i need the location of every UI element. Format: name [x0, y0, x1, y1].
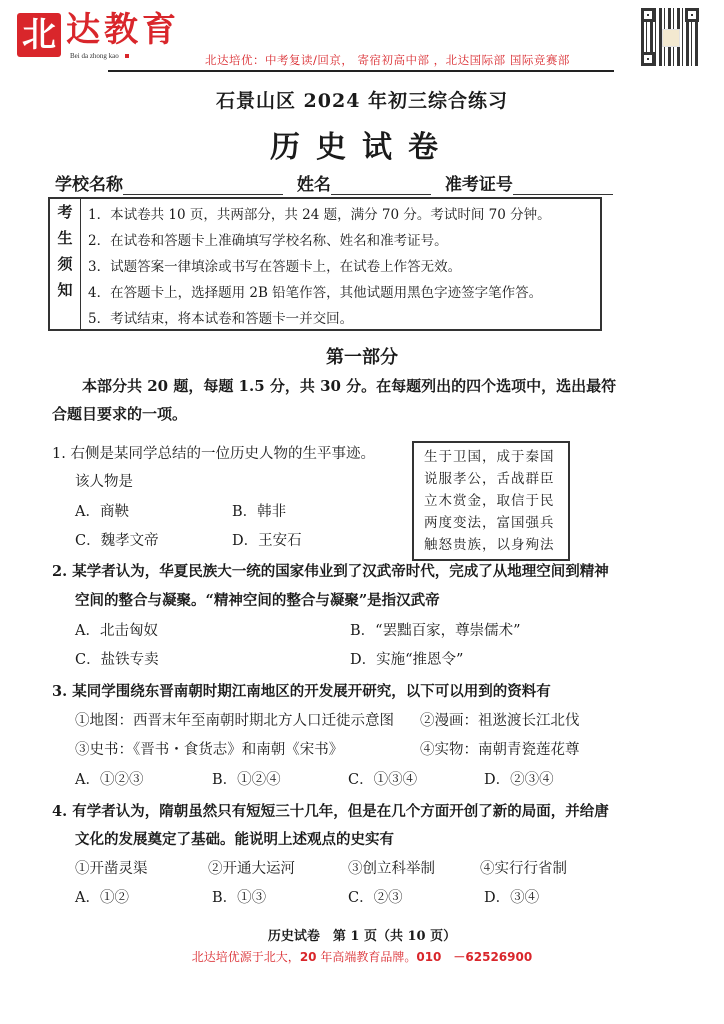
exam-title: 历史试卷 — [0, 122, 724, 166]
question-3-material-2: ②漫画：祖逖渡长江北伐 — [420, 709, 580, 730]
question-1-bio-box: 生于卫国，成于秦国 说服孝公，舌战群臣 立木赏金，取信于民 两度变法，富国强兵 … — [412, 441, 570, 561]
logo-subtitle-text: Bei da zhong kao — [70, 52, 119, 60]
notice-side-char: 须 — [50, 251, 80, 277]
question-4-option-a[interactable]: A．①② — [75, 886, 129, 907]
question-text: 某同学围绕东晋南朝时期江南地区的开发展开研究，以下可以用到的资料有 — [72, 683, 551, 700]
question-1-option-b[interactable]: B．韩非 — [232, 500, 286, 521]
notice-item: 4．在答题卡上，选择题用 2B 铅笔作答，其他试题用黑色字迹签字笔作答。 — [88, 280, 551, 306]
school-field[interactable] — [123, 178, 283, 195]
name-field[interactable] — [331, 178, 431, 195]
question-number: 4. — [52, 803, 67, 820]
bio-line: 生于卫国，成于秦国 — [424, 446, 568, 468]
notice-item: 1．本试卷共 10 页，共两部分，共 24 题，满分 70 分。考试时间 70 … — [88, 202, 551, 228]
qr-finder-icon — [685, 8, 699, 22]
question-4-stem-line2: 文化的发展奠定了基础。能说明上述观点的史实有 — [75, 828, 394, 849]
question-3-option-d[interactable]: D．②③④ — [484, 768, 554, 789]
question-2-option-d[interactable]: D．实施“推恩令” — [350, 648, 463, 669]
footer-advertisement: 北达培优源于北大，20 年高端教育品牌。010 －62526900 — [0, 948, 724, 965]
question-4-material-4: ④实行行省制 — [480, 857, 567, 878]
question-text: 有学者认为，隋朝虽然只有短短三十几年，但是在几个方面开创了新的局面，并给唐 — [72, 803, 609, 820]
logo-mark: 北 — [17, 13, 61, 57]
ad-text: 北达培优源于北大， — [192, 950, 300, 964]
question-4-option-d[interactable]: D．③④ — [484, 886, 539, 907]
question-2-option-a[interactable]: A．北击匈奴 — [75, 619, 158, 640]
notice-side-label: 考 生 须 知 — [50, 199, 81, 329]
ad-phone: 010 －62526900 — [416, 950, 532, 964]
student-info-row: 学校名称 姓名 准考证号 — [55, 170, 613, 195]
question-4-option-c[interactable]: C．②③ — [348, 886, 403, 907]
part-title: 第一部分 — [0, 343, 724, 369]
exam-id-label: 准考证号 — [445, 175, 513, 195]
bio-line: 说服孝公，舌战群臣 — [424, 468, 568, 490]
part-description: 本部分共 20 题，每题 1.5 分，共 30 分。在每题列出的四个选项中，选出… — [52, 372, 622, 428]
page-number: 历史试卷 第 1 页（共 10 页） — [0, 925, 724, 944]
exam-notice-box: 考 生 须 知 1．本试卷共 10 页，共两部分，共 24 题，满分 70 分。… — [48, 197, 602, 331]
notice-side-char: 知 — [50, 277, 80, 303]
question-1-option-a[interactable]: A．商鞅 — [75, 500, 129, 521]
question-text: 右侧是某同学总结的一位历史人物的生平事迹。 — [70, 446, 375, 462]
question-number: 3. — [52, 683, 67, 700]
qr-finder-icon — [641, 52, 655, 66]
qr-logo-icon — [662, 29, 680, 47]
school-label: 学校名称 — [55, 175, 123, 195]
bio-line: 触怒贵族，以身殉法 — [424, 534, 568, 556]
question-1-option-d[interactable]: D．王安石 — [232, 529, 302, 550]
question-3-option-b[interactable]: B．①②④ — [212, 768, 281, 789]
question-2-stem-line2: 空间的整合与凝聚。“精神空间的整合与凝聚”是指汉武帝 — [75, 589, 440, 610]
qr-code-icon — [641, 8, 699, 66]
question-4-option-b[interactable]: B．①③ — [212, 886, 266, 907]
question-2-stem: 2. 某学者认为，华夏民族大一统的国家伟业到了汉武帝时代，完成了从地理空间到精神 — [52, 560, 609, 581]
question-4-material-3: ③创立科举制 — [348, 857, 435, 878]
qr-finder-icon — [641, 8, 655, 22]
question-2-option-c[interactable]: C．盐铁专卖 — [75, 648, 159, 669]
question-3-option-a[interactable]: A．①②③ — [75, 768, 143, 789]
question-3-stem: 3. 某同学围绕东晋南朝时期江南地区的开发展开研究，以下可以用到的资料有 — [52, 680, 551, 701]
question-1-stem: 1. 右侧是某同学总结的一位历史人物的生平事迹。 — [52, 442, 375, 463]
exam-subtitle: 石景山区 2024 年初三综合练习 — [0, 86, 724, 113]
exam-id-field[interactable] — [513, 178, 613, 195]
bio-line: 立木赏金，取信于民 — [424, 490, 568, 512]
ad-years: 20 — [300, 950, 317, 964]
name-label: 姓名 — [297, 175, 331, 195]
question-4-material-1: ①开凿灵渠 — [75, 857, 148, 878]
question-text: 某学者认为，华夏民族大一统的国家伟业到了汉武帝时代，完成了从地理空间到精神 — [72, 563, 609, 580]
notice-side-char: 考 — [50, 199, 80, 225]
logo-subtitle: Bei da zhong kao — [70, 52, 129, 60]
question-2-option-b[interactable]: B．“罢黜百家，尊崇儒术” — [350, 619, 520, 640]
question-number: 1. — [52, 446, 66, 462]
question-3-material-3: ③史书：《晋书・食货志》和南朝《宋书》 — [75, 738, 343, 759]
square-icon — [125, 54, 129, 58]
question-3-material-1: ①地图：西晋末年至南朝时期北方人口迁徙示意图 — [75, 709, 394, 730]
question-3-option-c[interactable]: C．①③④ — [348, 768, 417, 789]
notice-side-char: 生 — [50, 225, 80, 251]
question-4-material-2: ②开通大运河 — [208, 857, 295, 878]
notice-item: 5．考试结束，将本试卷和答题卡一并交回。 — [88, 306, 551, 332]
question-4-stem: 4. 有学者认为，隋朝虽然只有短短三十几年，但是在几个方面开创了新的局面，并给唐 — [52, 800, 609, 821]
ad-text: 年高端教育品牌。 — [317, 950, 417, 964]
question-1-option-c[interactable]: C．魏孝文帝 — [75, 529, 159, 550]
question-number: 2. — [52, 563, 67, 580]
bio-line: 两度变法，富国强兵 — [424, 512, 568, 534]
question-3-material-4: ④实物：南朝青瓷莲花尊 — [420, 738, 580, 759]
header-divider — [108, 70, 614, 72]
notice-item: 2．在试卷和答题卡上准确填写学校名称、姓名和准考证号。 — [88, 228, 551, 254]
header-slogan: 北达培优：中考复读/回京， 寄宿初高中部 ，北达国际部 国际竞赛部 — [205, 52, 570, 68]
notice-list: 1．本试卷共 10 页，共两部分，共 24 题，满分 70 分。考试时间 70 … — [88, 202, 551, 332]
question-1-stem-line2: 该人物是 — [75, 470, 133, 491]
logo-text: 达教育 — [66, 10, 180, 50]
notice-item: 3．试题答案一律填涂或书写在答题卡上，在试卷上作答无效。 — [88, 254, 551, 280]
